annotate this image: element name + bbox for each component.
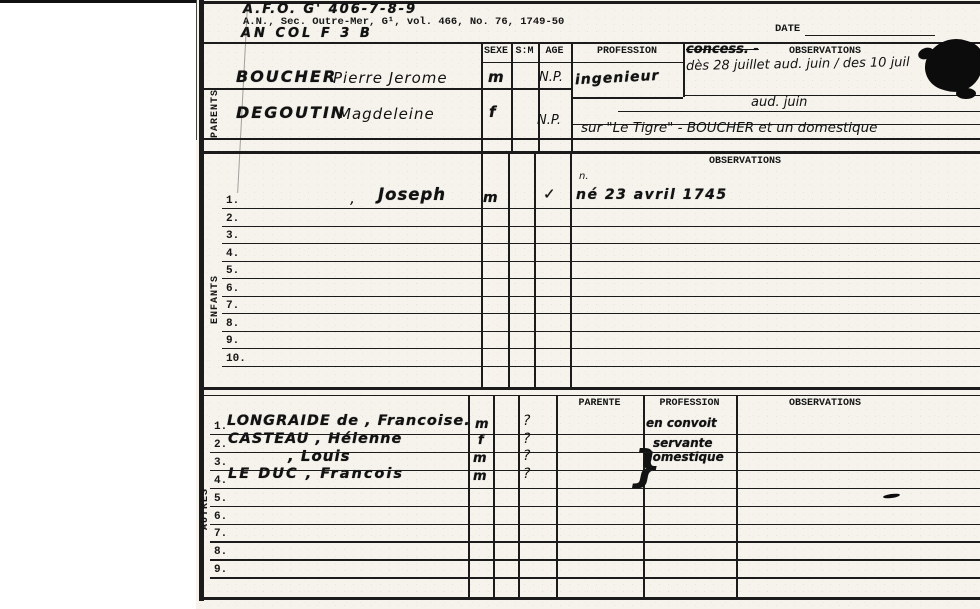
autres-row-number: 2.: [214, 439, 227, 451]
scan-left-margin: [0, 0, 196, 609]
autres-row-number: 7.: [214, 528, 227, 540]
autres-parente-header: PARENTE: [556, 398, 643, 409]
father-obs-line2: aud. juin: [751, 95, 807, 110]
enfants-col-sexe-left: [481, 151, 483, 387]
enfants-row-number: 2.: [226, 213, 239, 225]
col-header-age: AGE: [538, 46, 571, 57]
father-profession: ingenieur: [575, 68, 660, 88]
autres-col-age-left: [518, 395, 520, 598]
autres-col-parente-left: [556, 395, 558, 598]
autres-row3-name: , Louis: [288, 447, 351, 465]
parents-col-obs-left: [683, 42, 685, 97]
enfants-row-line: [222, 278, 980, 279]
ink-blot-drip: [956, 88, 976, 99]
father-surname: BOUCHER: [236, 67, 337, 86]
father-obs-struck: concess. -: [686, 42, 759, 57]
father-age: N.P.: [539, 70, 563, 85]
enfants-row-number: 3.: [226, 230, 239, 242]
enfants-row-line: [222, 261, 980, 262]
father-given: Pierre Jerome: [333, 69, 448, 87]
parents-obs-line1-rule: [683, 95, 980, 96]
archive-ref-col-handwritten: AN COL F 3 B: [241, 26, 373, 41]
enfants-observations-header: OBSERVATIONS: [660, 156, 830, 167]
autres-row-line: [210, 541, 980, 542]
enfants-row-line: [222, 208, 980, 209]
autres-row1-profession: en convoit: [646, 416, 717, 430]
enfants-col-sm-left: [508, 151, 510, 387]
autres-row-line: [210, 577, 980, 578]
mother-age: N.P.: [537, 113, 561, 128]
autres-row4-sexe: m: [473, 469, 487, 484]
enfants-row-number: 6.: [226, 283, 239, 295]
scanned-archive-card-page: { "archive": { "hand_ref": "A.F.O. G' 40…: [0, 0, 980, 609]
child1-obs-note: n.: [579, 171, 589, 182]
parents-header-underline: [481, 62, 683, 63]
archive-ref-handwritten: A.F.O. G' 406-7-8-9: [243, 2, 417, 17]
scan-edge-line: [196, 0, 197, 140]
autres-row1-name: LONGRAIDE de , Francoise.: [227, 413, 471, 429]
enfants-label: ENFANTS: [210, 252, 221, 324]
enfants-row-number: 10.: [226, 353, 246, 365]
mother-sexe: f: [489, 103, 496, 121]
parents-col-sexe-left: [481, 42, 483, 151]
autres-row-line: [210, 524, 980, 525]
enfants-row-number: 1.: [226, 195, 239, 207]
autres-col-prof-left: [643, 395, 645, 598]
autres-row-line: [210, 470, 980, 471]
autres-row1-sexe: m: [475, 417, 489, 432]
autres-header-topline: [199, 395, 980, 396]
child1-name: Joseph: [378, 185, 446, 204]
enfants-row-number: 4.: [226, 248, 239, 260]
enfants-row-number: 7.: [226, 300, 239, 312]
document-card: A.F.O. G' 406-7-8-9 A.N., Sec. Outre-Mer…: [196, 0, 980, 609]
parents-label: PARENTS: [210, 72, 221, 138]
enfants-row-line: [222, 296, 980, 297]
enfants-col-age-left: [534, 151, 536, 387]
child1-comma: ,: [350, 188, 355, 207]
father-obs-line1: dès 28 juillet aud. juin / des 10 juil: [686, 55, 910, 74]
col-header-profession: PROFESSION: [571, 46, 683, 57]
autres-row-number: 8.: [214, 546, 227, 558]
child1-sexe: m: [483, 190, 498, 206]
enfants-row-number: 5.: [226, 265, 239, 277]
date-underline: [805, 35, 935, 36]
autres-profession-header: PROFESSION: [643, 398, 736, 409]
autres-row-number: 5.: [214, 493, 227, 505]
enfants-row-line: [222, 366, 980, 367]
enfants-section-divider: [199, 387, 980, 390]
autres-brace: }: [630, 441, 661, 492]
autres-row-number: 4.: [214, 475, 227, 487]
enfants-row-number: 8.: [226, 318, 239, 330]
autres-col-obs-left: [736, 395, 738, 598]
date-label: DATE: [775, 23, 800, 35]
autres-row3-age: ?: [523, 448, 530, 464]
autres-col-sm-left: [493, 395, 495, 598]
enfants-row-number: 9.: [226, 335, 239, 347]
autres-row-line: [210, 434, 980, 435]
autres-row-number: 1.: [214, 421, 227, 433]
mother-given: Magdeleine: [338, 105, 435, 123]
autres-row-line: [210, 488, 980, 489]
autres-row2-profession: servante: [653, 436, 713, 450]
scan-top-edge-bar: [0, 0, 196, 3]
parents-col-sm-left: [511, 42, 513, 151]
enfants-row-line: [222, 331, 980, 332]
autres-row-number: 9.: [214, 564, 227, 576]
enfants-row-line: [222, 243, 980, 244]
autres-row-line: [210, 452, 980, 453]
autres-row4-age: ?: [523, 466, 530, 482]
parents-row1-line: [203, 88, 571, 90]
enfants-col-obs-left: [570, 151, 572, 387]
autres-observations-header: OBSERVATIONS: [745, 398, 905, 409]
col-header-sm: S:M: [511, 46, 538, 57]
parents-prof-box-bottom: [571, 97, 683, 99]
col-header-sexe: SEXE: [481, 46, 511, 57]
card-bottom-border: [199, 597, 980, 600]
autres-row-number: 6.: [214, 511, 227, 523]
father-sexe: m: [488, 68, 504, 86]
mother-surname: DEGOUTIN: [236, 103, 346, 122]
autres-row1-age: ?: [523, 413, 530, 429]
enfants-row-line: [222, 313, 980, 314]
autres-row4-name: LE DUC , Francois: [228, 466, 404, 482]
table-top-line: [199, 42, 980, 44]
parents-obs-line2-rule: [618, 111, 980, 112]
enfants-row-line: [222, 348, 980, 349]
autres-row-line: [210, 506, 980, 507]
parents-section-divider: [199, 151, 980, 154]
parents-col-age-left: [538, 42, 540, 151]
autres-row-number: 3.: [214, 457, 227, 469]
smudge-mark: [883, 493, 900, 499]
mother-observation: sur "Le Tigre" - BOUCHER et un domestiqu…: [581, 120, 877, 136]
child1-check-mark: ✓: [543, 185, 556, 203]
autres-row-line: [210, 559, 980, 560]
enfants-row-line: [222, 226, 980, 227]
parents-row2-line: [203, 138, 980, 140]
child1-observation: né 23 avril 1745: [576, 187, 728, 203]
autres-label: AUTRES: [200, 468, 211, 530]
